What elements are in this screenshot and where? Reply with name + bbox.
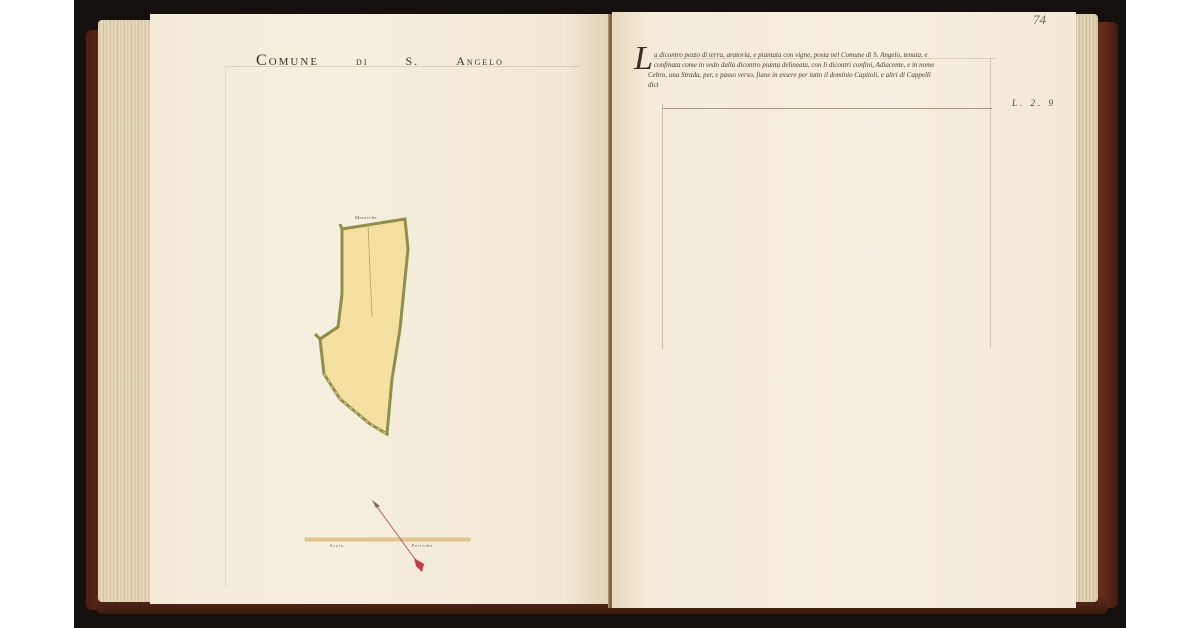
scale-label-left: Scala xyxy=(330,543,344,548)
page-edges-left xyxy=(98,20,150,602)
entry-amount: L. 2. 9 xyxy=(1012,98,1056,108)
right-page: 74 L a dicontro pezzo di terra, aratoria… xyxy=(612,12,1076,608)
title-word: Comune xyxy=(256,52,319,70)
entry-line: confinata come in vedo dalla dicontro pi… xyxy=(640,60,980,70)
ruled-margin-right xyxy=(990,58,991,348)
svg-text:Moracche: Moracche xyxy=(355,215,377,220)
ruled-margin-left xyxy=(662,104,663,349)
title-word: Angelo xyxy=(456,54,504,69)
parcel-shape xyxy=(320,219,408,434)
north-arrow-shaft xyxy=(375,504,420,566)
title-word: S. xyxy=(406,54,420,69)
entry-underline xyxy=(662,108,992,109)
entry-line: dict xyxy=(640,80,980,90)
north-arrow-head-icon xyxy=(372,500,380,508)
page-edges-right xyxy=(1074,14,1098,602)
scale-label-right: Pertiche xyxy=(412,543,433,548)
entry-line: a dicontro pezzo di terra, aratoria, e p… xyxy=(640,50,980,60)
folio-number: 74 xyxy=(1033,12,1046,28)
scale-bar-with-compass xyxy=(300,494,480,574)
left-page: Comune di S. Angelo Moracche Scala Perti… xyxy=(150,14,610,604)
land-parcel-map: Moracche xyxy=(310,199,420,444)
cadastral-entry-text: a dicontro pezzo di terra, aratoria, e p… xyxy=(640,50,980,90)
entry-line: Cebro, una Strada, per, e passo verso, f… xyxy=(640,70,980,80)
north-arrow-fletching-icon xyxy=(414,558,424,572)
page-title: Comune di S. Angelo xyxy=(150,52,610,70)
title-word: di xyxy=(356,54,368,69)
